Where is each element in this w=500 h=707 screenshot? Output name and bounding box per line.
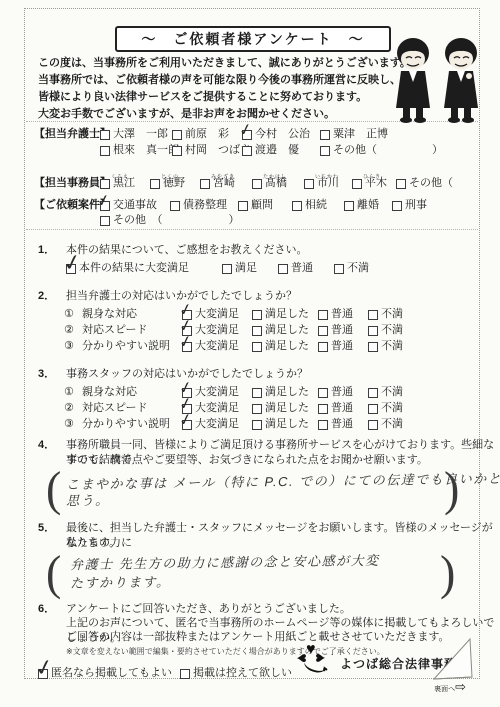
option-label: 債務整理	[183, 198, 227, 213]
checkbox-icon	[318, 420, 328, 430]
checkbox-option[interactable]: 普通	[318, 401, 353, 416]
checkbox-icon	[278, 264, 288, 274]
question-number: 6．	[38, 602, 55, 617]
checkbox-option[interactable]: 普通	[318, 417, 353, 432]
question-2-row-2: ② 対応スピード ✓ 大変満足 満足した 普通 不満	[0, 323, 500, 339]
checkbox-icon	[150, 179, 160, 189]
checkbox-option[interactable]: ✓ 大変満足	[182, 385, 239, 400]
checkbox-option[interactable]: 普通	[318, 323, 353, 338]
checkbox-icon: ✓	[100, 201, 110, 211]
furigana: くろえ	[111, 170, 129, 185]
checkbox-icon	[368, 310, 378, 320]
option-label: 今村 公治	[255, 127, 310, 142]
checkbox-icon	[242, 146, 252, 156]
checkbox-icon: ✓	[182, 420, 192, 430]
intro-text: この度は、当事務所をご利用いただきまして、誠にありがとうございます。 当事務所で…	[38, 55, 411, 123]
item-label: 分かりやすい説明	[82, 339, 170, 354]
checkbox-icon: ✓	[182, 342, 192, 352]
question-5-line-2: なります。	[0, 536, 500, 552]
option-label: 不満	[381, 385, 403, 400]
question-text: なります。	[66, 536, 120, 551]
checkbox-icon: ✓	[182, 326, 192, 336]
back-page-note: 裏面へ⇨	[434, 679, 466, 695]
item-label: 親身な対応	[82, 385, 137, 400]
checkbox-icon	[172, 146, 182, 156]
page-title: ～ ご依頼者様アンケート ～	[115, 26, 391, 52]
option-label: 満足した	[265, 307, 309, 322]
checkbox-option[interactable]: 満足	[222, 261, 257, 276]
intro-line: 皆様により良い法律サービスをご提供することに努めております。	[38, 89, 411, 106]
checkbox-option[interactable]: 前原 彩	[172, 127, 229, 142]
checkbox-option[interactable]: 満足した	[252, 323, 309, 338]
checkbox-option[interactable]: ✓ 今村 公治	[242, 127, 310, 142]
checkbox-icon	[320, 146, 330, 156]
checkbox-icon: ✓	[38, 669, 48, 679]
checkbox-icon	[180, 669, 190, 679]
item-label: 対応スピード	[82, 323, 148, 338]
checkbox-icon	[318, 404, 328, 414]
checkbox-option[interactable]: 相続	[292, 198, 327, 213]
question-number: 3．	[38, 367, 55, 382]
checkbox-option[interactable]: ✓ 大変満足	[182, 307, 239, 322]
option-label: 不満	[381, 307, 403, 322]
checkbox-option[interactable]: 満足した	[252, 307, 309, 322]
checkbox-icon	[200, 179, 210, 189]
question-4: 4． 事務所職員一同、皆様によりご満足頂ける事務所サービスを心がけております。些…	[0, 438, 500, 454]
checkbox-option[interactable]: ✓ 大変満足	[182, 417, 239, 432]
checkbox-option[interactable]: 不満	[368, 401, 403, 416]
option-label: その他 （ ）	[113, 213, 240, 228]
question-1: 1． 本件の結果について、ご感想をお教えください。	[0, 243, 500, 259]
handwritten-answer: たすかります。	[70, 571, 171, 591]
intro-line: この度は、当事務所をご利用いただきまして、誠にありがとうございます。	[38, 55, 411, 72]
checkbox-option[interactable]: たかはし 髙橋	[252, 176, 287, 191]
checkbox-option[interactable]: 根來 真一郎	[100, 143, 179, 158]
question-2-row-1: ① 親身な対応 ✓ 大変満足 満足した 普通 不満	[0, 307, 500, 323]
option-label: 大変満足	[195, 385, 239, 400]
option-label: 刑事	[405, 198, 427, 213]
checkbox-icon	[352, 179, 362, 189]
checkbox-icon	[304, 179, 314, 189]
question-text: 本件の結果について、ご感想をお教えください。	[66, 243, 308, 258]
question-text: ご回答の内容は一部抜粋またはアンケート用紙ごと載せさせていただきます。	[66, 630, 449, 645]
checkbox-option[interactable]: 普通	[318, 307, 353, 322]
checkbox-icon	[318, 388, 328, 398]
checkbox-icon	[318, 326, 328, 336]
option-label: 普通	[331, 339, 353, 354]
separator	[26, 229, 478, 230]
checkbox-option[interactable]: ✓ 大変満足	[182, 323, 239, 338]
item-label: 分かりやすい説明	[82, 417, 170, 432]
option-label: 交通事故	[113, 198, 157, 213]
option-label: 不満	[381, 339, 403, 354]
option-label: 不満	[347, 261, 369, 276]
checkbox-icon	[172, 130, 182, 140]
option-label: 普通	[331, 385, 353, 400]
checkbox-option[interactable]: その他 （ ）	[100, 213, 240, 228]
right-arrow-icon: ⇨	[455, 679, 466, 694]
option-label: 渡邉 優	[255, 143, 299, 158]
furigana: ひらき	[363, 170, 381, 185]
option-label: 本件の結果に大変満足	[79, 261, 189, 276]
option-label: 大変満足	[195, 401, 239, 416]
option-label: 満足した	[265, 385, 309, 400]
checkbox-option[interactable]: その他（ ）	[320, 143, 443, 158]
option-label: 大変満足	[195, 417, 239, 432]
checkbox-option[interactable]: 不満	[368, 307, 403, 322]
checkbox-option[interactable]: ✓ 匿名なら掲載してもよい	[38, 666, 172, 681]
option-label: 顧問	[251, 198, 273, 213]
question-3-row-2: ② 対応スピード ✓ 大変満足 満足した 普通 不満	[0, 401, 500, 417]
option-label: 満足した	[265, 417, 309, 432]
checkbox-icon	[100, 130, 110, 140]
checkbox-option[interactable]: とくの 徳野	[150, 176, 185, 191]
lawyer-mascot-icon	[390, 36, 436, 124]
checkbox-option[interactable]: みやざき 宮崎	[200, 176, 235, 191]
checkbox-option[interactable]: 満足した	[252, 339, 309, 354]
item-number: ①	[64, 385, 74, 400]
item-number: ③	[64, 339, 74, 354]
question-1-options: ✓ 本件の結果に大変満足 満足 普通 不満	[0, 261, 500, 277]
checkbox-icon	[238, 201, 248, 211]
page-fold-icon	[426, 637, 478, 683]
checkbox-icon	[252, 404, 262, 414]
item-number: ②	[64, 323, 74, 338]
checkbox-option[interactable]: 顧問	[238, 198, 273, 213]
option-label: 普通	[331, 417, 353, 432]
checkbox-option[interactable]: 普通	[278, 261, 313, 276]
checkbox-option[interactable]: いちかわ 市川	[304, 176, 339, 191]
option-label: 満足	[235, 261, 257, 276]
checkbox-icon	[318, 342, 328, 352]
checkbox-option[interactable]: 債務整理	[170, 198, 227, 213]
furigana: たかはし	[263, 170, 287, 185]
checkbox-icon	[344, 201, 354, 211]
question-text: 事務スタッフの対応はいかがでしたでしょうか？	[66, 367, 308, 382]
option-label: その他（ ）	[333, 143, 443, 158]
checkbox-icon	[170, 201, 180, 211]
question-5: 5． 最後に、担当した弁護士・スタッフにメッセージをお願いします。皆様のメッセー…	[0, 521, 500, 537]
question-text: 担当弁護士の対応はいかがでしたでしょうか？	[66, 289, 297, 304]
item-number: ③	[64, 417, 74, 432]
question-text: アンケートにご回答いただき、ありがとうございました。	[66, 602, 351, 617]
option-label: 掲載は控えて欲しい	[193, 666, 292, 681]
checkbox-icon	[368, 404, 378, 414]
checkbox-option[interactable]: 満足した	[252, 385, 309, 400]
checkbox-option[interactable]: 不満	[368, 323, 403, 338]
handwritten-paren-open: (	[46, 461, 61, 517]
handwritten-paren-close: )	[440, 545, 455, 601]
checkbox-option[interactable]: 普通	[318, 339, 353, 354]
option-label: 不満	[381, 323, 403, 338]
checkbox-option[interactable]: ✓ 大変満足	[182, 339, 239, 354]
checkbox-icon: ✓	[182, 404, 192, 414]
checkbox-icon	[368, 388, 378, 398]
checkbox-option[interactable]: ひらき 平木	[352, 176, 387, 191]
checkbox-option[interactable]: 満足した	[252, 401, 309, 416]
question-3-row-3: ③ 分かりやすい説明 ✓ 大変満足 満足した 普通 不満	[0, 417, 500, 433]
checkbox-icon	[292, 201, 302, 211]
checkbox-icon	[368, 420, 378, 430]
checkbox-icon	[252, 342, 262, 352]
note-text: ※文章を変えない範囲で編集・要約させていただく場合がありますのでご了承ください。	[66, 644, 385, 659]
case-row-2: その他 （ ）	[0, 213, 500, 229]
checkbox-icon	[368, 326, 378, 336]
checkbox-option[interactable]: 不満	[368, 339, 403, 354]
checkbox-icon	[252, 310, 262, 320]
item-label: 親身な対応	[82, 307, 137, 322]
mascot-illustrations	[390, 36, 484, 124]
checkbox-icon	[252, 388, 262, 398]
option-label: 大澤 一郎	[113, 127, 168, 142]
question-4-line-2: すので、改善点やご要望等、お気づきになられた点をお聞かせ願います。	[0, 453, 500, 469]
clerk-row: 【担当事務員】 くろえ 黒江 とくの 徳野 みやざき 宮崎 たかはし 髙橋 いち…	[0, 176, 500, 192]
option-label: 相続	[305, 198, 327, 213]
question-3-row-1: ① 親身な対応 ✓ 大変満足 満足した 普通 不満	[0, 385, 500, 401]
lawyer-mascot-icon	[438, 36, 484, 124]
option-label: 匿名なら掲載してもよい	[51, 666, 172, 681]
checkbox-icon	[320, 130, 330, 140]
option-label: 不満	[381, 417, 403, 432]
question-number: 4．	[38, 438, 55, 453]
checkbox-option[interactable]: ✓ 本件の結果に大変満足	[66, 261, 189, 276]
checkbox-icon	[318, 310, 328, 320]
checkbox-option[interactable]: ✓ 交通事故	[100, 198, 157, 213]
checkbox-icon	[100, 216, 110, 226]
clover-logo-icon: ♥ ♥ ♥ ♥	[296, 642, 336, 676]
checkbox-icon	[368, 342, 378, 352]
checkbox-icon: ✓	[242, 130, 252, 140]
checkbox-option[interactable]: くろえ 黒江	[100, 176, 135, 191]
checkbox-icon	[252, 179, 262, 189]
intro-line: 当事務所では、ご依頼者様の声を可能な限り今後の事務所運営に反映し、	[38, 72, 411, 89]
option-label: 前原 彩	[185, 127, 229, 142]
checkbox-option[interactable]: 刑事	[392, 198, 427, 213]
handwritten-answer: 思う。	[66, 490, 110, 510]
question-3: 3． 事務スタッフの対応はいかがでしたでしょうか？	[0, 367, 500, 383]
checkbox-option[interactable]: 掲載は控えて欲しい	[180, 666, 292, 681]
option-label: 粟津 正博	[333, 127, 388, 142]
checkbox-option[interactable]: 不満	[368, 417, 403, 432]
checkbox-option[interactable]: ✓ 大変満足	[182, 401, 239, 416]
checkbox-option[interactable]: 粟津 正博	[320, 127, 388, 142]
option-label: 普通	[331, 307, 353, 322]
checkbox-icon	[252, 420, 262, 430]
furigana: とくの	[161, 170, 179, 185]
option-label: 満足した	[265, 323, 309, 338]
checkbox-option[interactable]: 村岡 つばさ	[172, 143, 251, 158]
checkbox-icon	[100, 146, 110, 156]
checkbox-icon	[392, 201, 402, 211]
clover-leaf-icon: ♥	[321, 663, 329, 673]
option-label: 普通	[291, 261, 313, 276]
lawyer-row-1: 【担当弁護士】 大澤 一郎 前原 彩 ✓ 今村 公治 粟津 正博	[0, 127, 500, 143]
checkbox-icon	[334, 264, 344, 274]
furigana: みやざき	[211, 170, 235, 185]
checkbox-option[interactable]: 満足した	[252, 417, 309, 432]
survey-sheet: ～ ご依頼者様アンケート ～ この度は、当事務所をご利用いただきまして、誠にあり…	[0, 0, 500, 707]
question-2-row-3: ③ 分かりやすい説明 ✓ 大変満足 満足した 普通 不満	[0, 339, 500, 355]
question-number: 5．	[38, 521, 55, 536]
question-text: すので、改善点やご要望等、お気づきになられた点をお聞かせ願います。	[66, 453, 428, 468]
checkbox-option[interactable]: 不満	[334, 261, 369, 276]
checkbox-option[interactable]: 離婚	[344, 198, 379, 213]
option-label: 満足した	[265, 401, 309, 416]
checkbox-icon	[100, 179, 110, 189]
option-label: 普通	[331, 323, 353, 338]
handwritten-paren-open: (	[46, 545, 61, 601]
option-label: その他（ ）	[409, 176, 500, 191]
intro-line: 大変お手数でございますが、是非お声をお聞かせください。	[38, 106, 411, 123]
checkbox-icon: ✓	[66, 264, 76, 274]
option-label: 不満	[381, 401, 403, 416]
item-label: 対応スピード	[82, 401, 148, 416]
option-label: 大変満足	[195, 323, 239, 338]
option-label: 離婚	[357, 198, 379, 213]
checkbox-option[interactable]: その他（ ）	[396, 176, 500, 191]
checkbox-icon	[396, 179, 406, 189]
checkbox-option[interactable]: 普通	[318, 385, 353, 400]
item-number: ①	[64, 307, 74, 322]
checkbox-option[interactable]: 大澤 一郎	[100, 127, 168, 142]
option-label: 大変満足	[195, 307, 239, 322]
furigana: いちかわ	[315, 170, 339, 185]
option-label: 普通	[331, 401, 353, 416]
question-number: 2．	[38, 289, 55, 304]
option-label: 大変満足	[195, 339, 239, 354]
back-label: 裏面へ	[434, 686, 455, 693]
case-row-1: 【ご依頼案件】 ✓ 交通事故 債務整理 顧問 相続 離婚 刑事	[0, 198, 500, 214]
checkbox-option[interactable]: 不満	[368, 385, 403, 400]
handwritten-paren-close: )	[444, 461, 459, 517]
lawyer-row-2: 根來 真一郎 村岡 つばさ 渡邉 優 その他（ ）	[0, 143, 500, 159]
item-number: ②	[64, 401, 74, 416]
option-label: 根來 真一郎	[113, 143, 179, 158]
checkbox-icon: ✓	[182, 388, 192, 398]
question-2: 2． 担当弁護士の対応はいかがでしたでしょうか？	[0, 289, 500, 305]
option-label: 満足した	[265, 339, 309, 354]
checkbox-icon: ✓	[182, 310, 192, 320]
question-number: 1．	[38, 243, 55, 258]
checkbox-icon	[222, 264, 232, 274]
checkbox-icon	[252, 326, 262, 336]
checkbox-option[interactable]: 渡邉 優	[242, 143, 299, 158]
